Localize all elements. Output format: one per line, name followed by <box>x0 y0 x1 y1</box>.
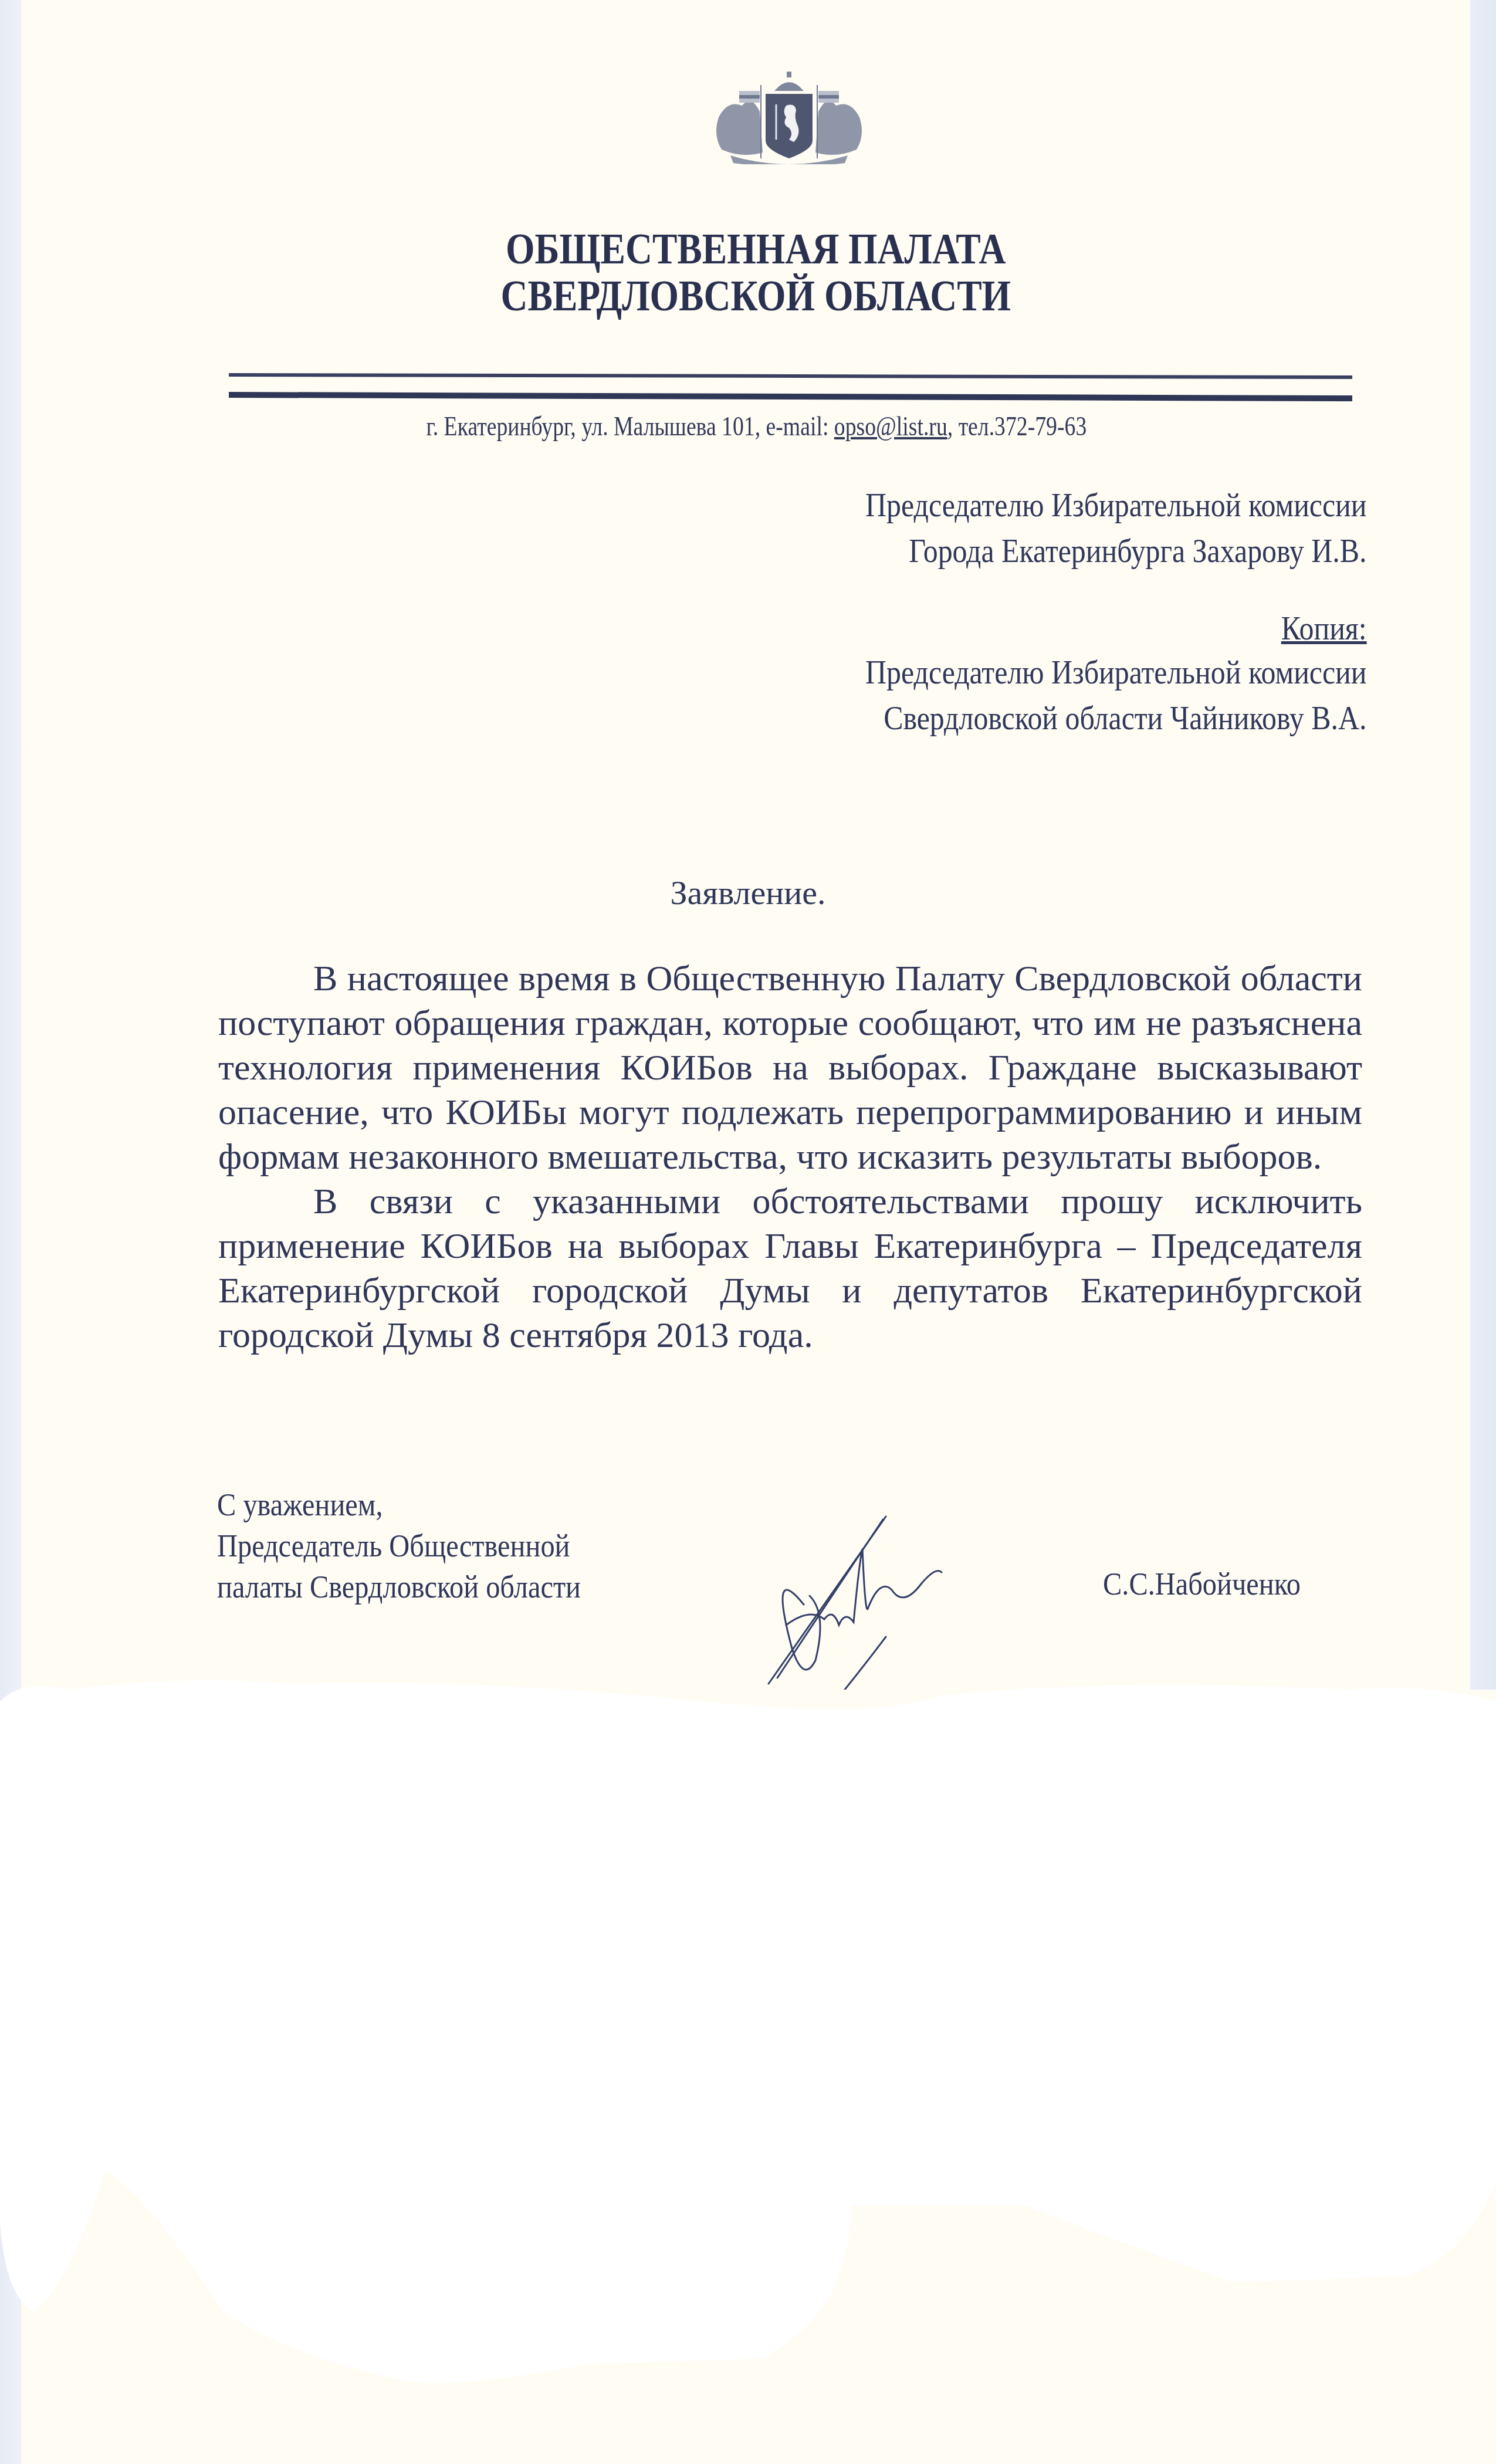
closing-position-line2: палаты Свердловской области <box>217 1566 581 1607</box>
email-link[interactable]: opso@list.ru <box>834 411 947 441</box>
addressee-block: Председателю Избирательной комиссии Горо… <box>866 482 1367 574</box>
copy-recipient-block: Председателю Избирательной комиссии Свер… <box>866 649 1367 741</box>
closing-salutation: С уважением, <box>217 1484 581 1525</box>
addressee-line2: Города Екатеринбурга Захарову И.В. <box>866 528 1367 574</box>
copy-recipient-line2: Свердловской области Чайникову В.А. <box>866 695 1367 741</box>
copy-label: Копия: <box>1281 605 1367 651</box>
redacted-area <box>0 1666 1496 2464</box>
signer-name: С.С.Набойченко <box>1103 1565 1301 1602</box>
letterhead-divider-thin <box>229 373 1352 379</box>
closing-position-line1: Председатель Общественной <box>217 1525 581 1566</box>
body-paragraph-2: В связи с указанными обстоятельствами пр… <box>218 1179 1362 1358</box>
closing-block: С уважением, Председатель Общественной п… <box>217 1484 581 1607</box>
org-title-line1: ОБЩЕСТВЕННАЯ ПАЛАТА <box>113 226 1399 273</box>
body-paragraph-1: В настоящее время в Общественную Палату … <box>218 956 1362 1179</box>
contact-phone: , тел.372-79-63 <box>947 411 1087 441</box>
contact-address: г. Екатеринбург, ул. Малышева 101, e-mai… <box>427 411 834 441</box>
document-heading: Заявление. <box>0 873 1496 912</box>
letterhead-divider-thick <box>229 392 1352 401</box>
contact-line: г. Екатеринбург, ул. Малышева 101, e-mai… <box>143 411 1370 442</box>
document-body: В настоящее время в Общественную Палату … <box>218 956 1362 1358</box>
organization-title: ОБЩЕСТВЕННАЯ ПАЛАТА СВЕРДЛОВСКОЙ ОБЛАСТИ <box>113 226 1399 320</box>
copy-recipient-line1: Председателю Избирательной комиссии <box>866 649 1367 695</box>
scan-edge-right <box>1470 0 1496 1690</box>
coat-of-arms-icon <box>707 70 871 164</box>
handwritten-signature-icon <box>669 1490 1079 1690</box>
org-title-line2: СВЕРДЛОВСКОЙ ОБЛАСТИ <box>113 273 1399 320</box>
addressee-line1: Председателю Избирательной комиссии <box>866 482 1367 528</box>
